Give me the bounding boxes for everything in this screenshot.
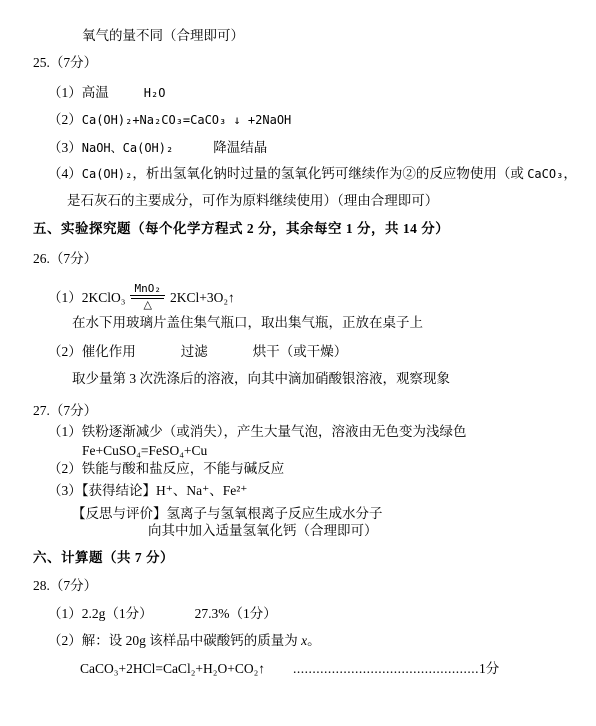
q27-title: 27.（7分）: [33, 401, 97, 420]
q26-item1-product: 2KCl+3O₂↑: [170, 288, 235, 307]
q27-title-text: 27.（7分）: [33, 403, 97, 418]
q25-item1-label: （1）: [48, 85, 82, 100]
q27-item1: （1）铁粉逐渐减少（或消失），产生大量气泡，溶液由无色变为浅绿色: [48, 422, 467, 441]
q25-item1-answer2: H₂O: [144, 86, 166, 100]
q27-item3-tag: 【获得结论】: [82, 483, 156, 498]
q26-item1-note-text: 在水下用玻璃片盖住集气瓶口，取出集气瓶，正放在桌子上: [72, 315, 423, 330]
q27-reflection-text: 氢离子与氢氧根离子反应生成水分子: [167, 506, 383, 521]
q26-item1-reactant: 2KClO₃: [82, 288, 126, 307]
q27-item2: （2）铁能与酸和盐反应，不能与碱反应: [48, 459, 284, 478]
q25-item2: （2）Ca(OH)₂+Na₂CO₃=CaCO₃ ↓ +2NaOH: [48, 110, 291, 130]
q27-item2-label: （2）: [48, 461, 82, 476]
q28-item1-answer1: 2.2g（1分）: [82, 606, 153, 621]
q25-item1: （1）高温H₂O: [48, 83, 165, 103]
q26-item1-note: 在水下用玻璃片盖住集气瓶口，取出集气瓶，正放在桌子上: [72, 313, 423, 332]
q26-item2-note: 取少量第 3 次洗涤后的溶液，向其中滴加硝酸银溶液，观察现象: [72, 369, 450, 388]
q25-item2-equation: Ca(OH)₂+Na₂CO₃=CaCO₃ ↓ +2NaOH: [82, 113, 292, 127]
q26-item2-answer3: 烘干（或干燥）: [253, 344, 348, 359]
reaction-condition-heat-icon: △: [131, 298, 163, 312]
q25-item4-continuation: 是石灰石的主要成分，可作为原料继续使用）（理由合理即可）: [67, 191, 438, 210]
q25-item2-label: （2）: [48, 112, 82, 127]
q24-answer-text: 氧气的量不同（合理即可）: [82, 28, 244, 43]
section6-heading-text: 六、计算题（共 7 分）: [33, 550, 174, 565]
q28-item1-label: （1）: [48, 606, 82, 621]
q28-item2: （2）解：设 20g 该样品中碳酸钙的质量为 x。: [48, 631, 321, 650]
q25-item4: （4）Ca(OH)₂，析出氢氧化钠时过量的氢氧化钙可继续作为②的反应物使用（或 …: [48, 164, 577, 184]
q27-item1-equation-text: Fe+CuSO₄=FeSO₄+Cu: [82, 443, 207, 458]
q25-item3-answer1: NaOH、Ca(OH)₂: [82, 141, 173, 155]
q28-item2-score: 1分: [479, 661, 499, 676]
q28-item2-equation: CaCO₃+2HCl=CaCl₂+H₂O+CO₂↑: [80, 661, 265, 676]
q26-item1-label: （1）: [48, 288, 82, 307]
dotted-leader: ........................................…: [293, 661, 479, 676]
q26-item2: （2）催化作用过滤烘干（或干燥）: [48, 342, 347, 361]
q26-item2-note-text: 取少量第 3 次洗涤后的溶液，向其中滴加硝酸银溶液，观察现象: [72, 371, 450, 386]
q28-title: 28.（7分）: [33, 576, 97, 595]
q25-item4-label: （4）: [48, 166, 82, 181]
q25-item1-answer1: 高温: [82, 85, 109, 100]
q27-item1-text: 铁粉逐渐减少（或消失），产生大量气泡，溶液由无色变为浅绿色: [82, 424, 467, 439]
section6-heading: 六、计算题（共 7 分）: [33, 548, 174, 567]
q27-item1-equation: Fe+CuSO₄=FeSO₄+Cu: [82, 441, 207, 460]
q25-item4-formula2: CaCO₃: [527, 167, 563, 181]
q27-reflection-cont-text: 向其中加入适量氢氧化钙（合理即可）: [148, 523, 378, 538]
q28-item2-suffix: 。: [307, 633, 321, 648]
q25-item4-cont-text: 是石灰石的主要成分，可作为原料继续使用）（理由合理即可）: [67, 193, 438, 208]
q28-item1-answer2: 27.3%（1分）: [195, 606, 277, 621]
reaction-condition: MnO₂ △: [130, 282, 165, 312]
q28-item2-equation-line: CaCO₃+2HCl=CaCl₂+H₂O+CO₂↑...............…: [80, 659, 499, 678]
q25-item4-formula1: Ca(OH)₂: [82, 167, 133, 181]
q26-item2-label: （2）: [48, 344, 82, 359]
q28-item2-label: （2）: [48, 633, 82, 648]
section5-heading-text: 五、实验探究题（每个化学方程式 2 分，其余每空 1 分，共 14 分）: [33, 221, 449, 236]
q25-item4-text1: ，析出氢氧化钠时过量的氢氧化钙可继续作为②的反应物使用（或: [132, 166, 527, 181]
q27-reflection-tag: 【反思与评价】: [72, 506, 167, 521]
q27-item3: （3）【获得结论】H⁺、Na⁺、Fe²⁺: [48, 481, 247, 500]
q27-item3-label: （3）: [48, 483, 82, 498]
reaction-condition-catalyst: MnO₂: [130, 282, 165, 296]
q26-item1-equation-line: （1） 2KClO₃ MnO₂ △ 2KCl+3O₂↑: [48, 282, 235, 312]
q27-reflection-continuation: 向其中加入适量氢氧化钙（合理即可）: [148, 521, 378, 540]
q28-title-text: 28.（7分）: [33, 578, 97, 593]
q26-item2-answer1: 催化作用: [82, 344, 136, 359]
section5-heading: 五、实验探究题（每个化学方程式 2 分，其余每空 1 分，共 14 分）: [33, 219, 449, 238]
q25-item3: （3）NaOH、Ca(OH)₂降温结晶: [48, 138, 267, 158]
q24-carryover-line: 氧气的量不同（合理即可）: [82, 26, 244, 45]
q25-item3-answer2: 降温结晶: [213, 140, 267, 155]
q26-title-text: 26.（7分）: [33, 251, 97, 266]
q25-title-text: 25.（7分）: [33, 55, 97, 70]
answer-key-page: 氧气的量不同（合理即可） 25.（7分） （1）高温H₂O （2）Ca(OH)₂…: [0, 0, 596, 726]
q28-item2-prefix: 解：设 20g 该样品中碳酸钙的质量为: [82, 633, 301, 648]
q26-item2-answer2: 过滤: [181, 344, 208, 359]
q27-item1-label: （1）: [48, 424, 82, 439]
q25-item4-text2: ，: [563, 166, 577, 181]
q26-title: 26.（7分）: [33, 249, 97, 268]
q27-item2-text: 铁能与酸和盐反应，不能与碱反应: [82, 461, 285, 476]
q25-title: 25.（7分）: [33, 53, 97, 72]
q28-item1: （1）2.2g（1分）27.3%（1分）: [48, 604, 277, 623]
q25-item3-label: （3）: [48, 140, 82, 155]
q27-item3-ions: H⁺、Na⁺、Fe²⁺: [156, 483, 247, 498]
